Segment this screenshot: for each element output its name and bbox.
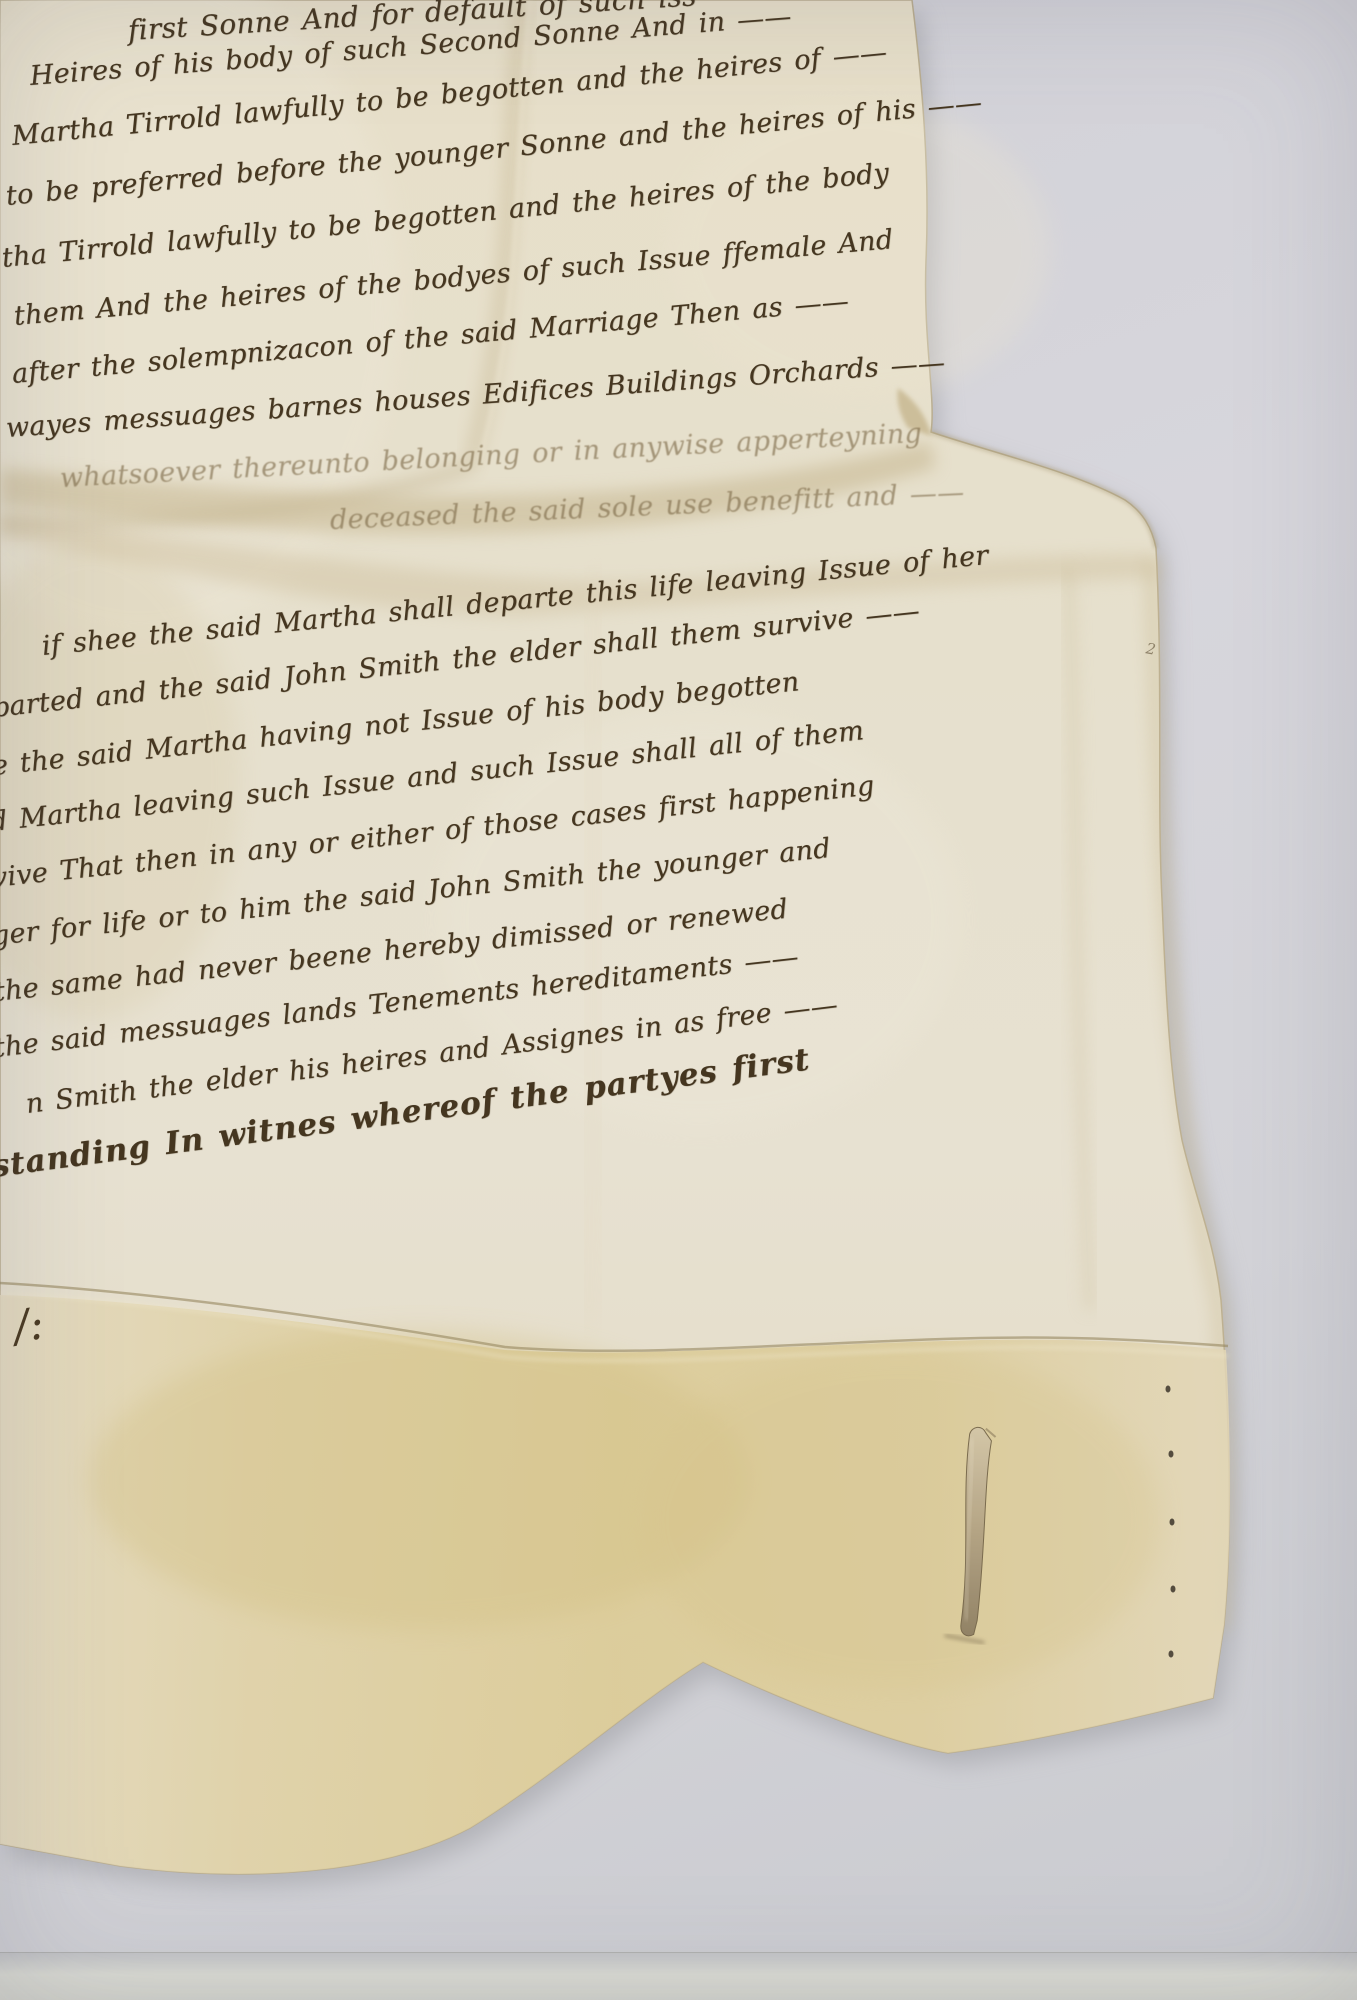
scribal-mark: /:	[11, 1298, 47, 1353]
yellowed-foot	[0, 1283, 1230, 1874]
photo-of-parchment-deed: first Sonne And for default of such issH…	[0, 0, 1357, 2000]
parchment-sheet	[0, 0, 1357, 2000]
